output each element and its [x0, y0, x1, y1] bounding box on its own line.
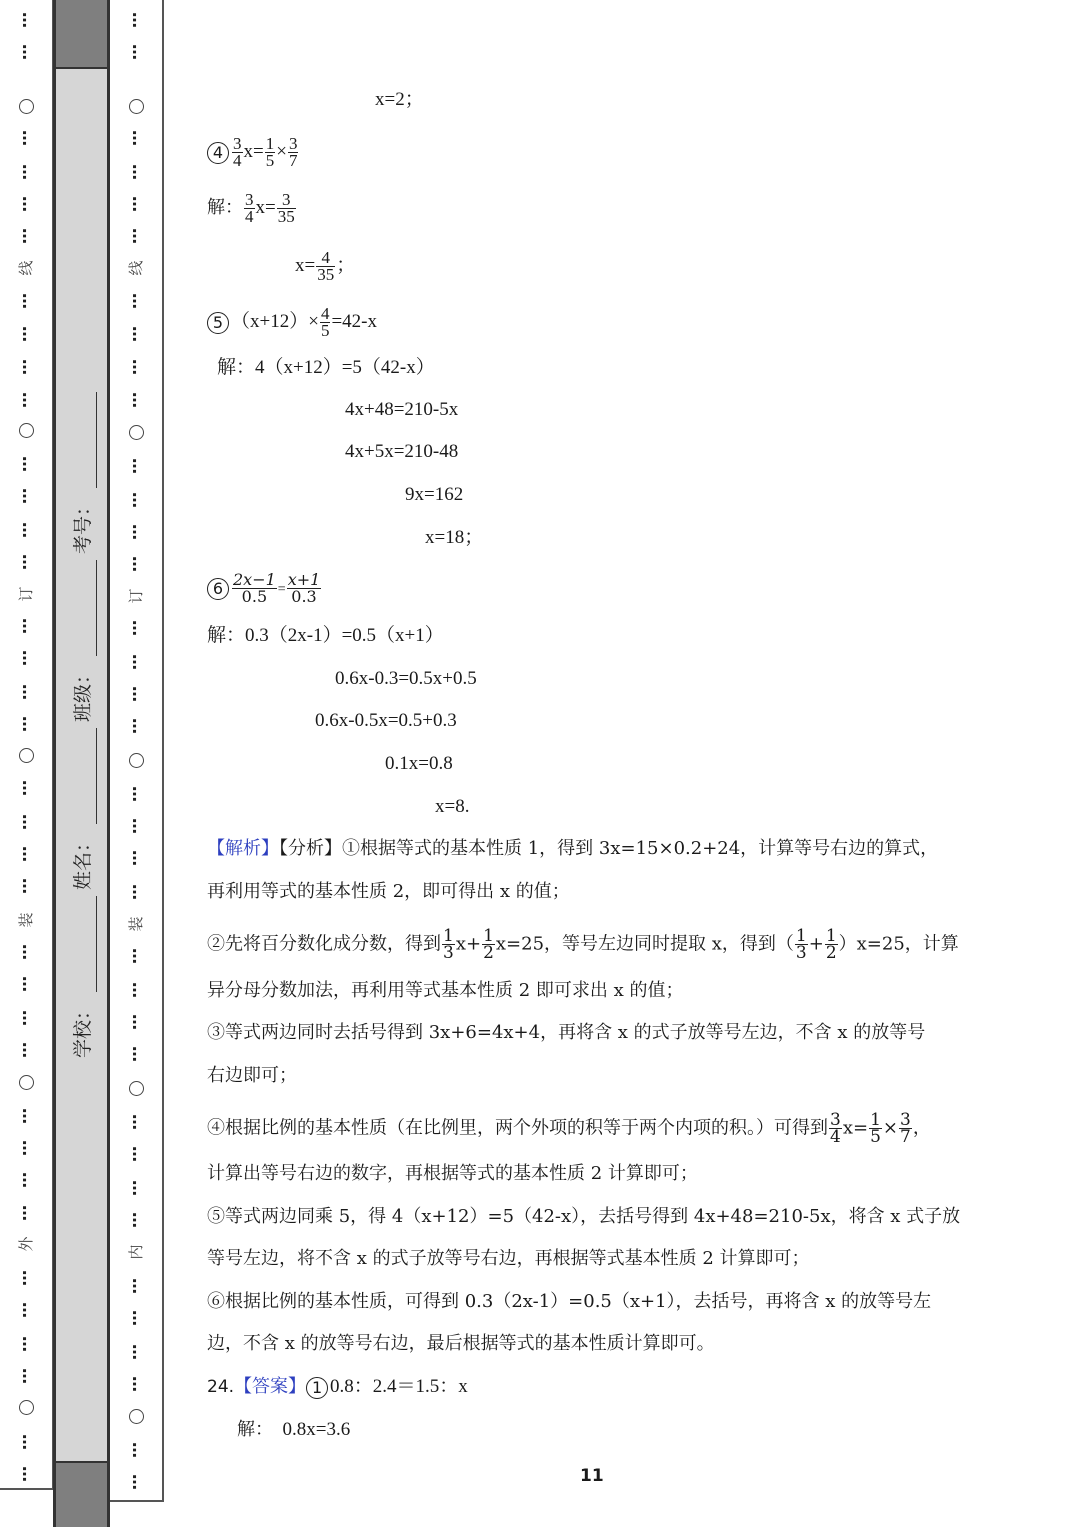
fraction: 435 [316, 250, 335, 283]
q4-equation: 434x=15×37 [207, 136, 299, 169]
fraction: 34 [829, 1112, 842, 1145]
fraction: 2x−10.5 [232, 572, 277, 605]
q24-step: 解： 0.8x=3.6 [237, 1418, 350, 1442]
q6-step: 0.6x-0.5x=0.5+0.3 [315, 709, 457, 733]
circled-number-5: 5 [207, 312, 229, 334]
tag-answer: 【答案】 [234, 1376, 306, 1397]
fraction: 45 [320, 306, 331, 339]
q5-step: 解：4（x+12）=5（42-x） [217, 356, 435, 380]
q24-answer: 24.【答案】10.8：2.4＝1.5：x [207, 1375, 468, 1399]
analysis-p1-line1: 【解析】【分析】①根据等式的基本性质 1，得到 3x=15×0.2+24，计算等… [207, 837, 938, 861]
circled-number-1: 1 [306, 1377, 328, 1399]
ratio: 0.8：2.4＝1.5：x [330, 1376, 468, 1397]
fraction: 37 [288, 136, 299, 169]
circled-number-4: 4 [207, 142, 229, 164]
analysis-p4-line1: ④根据比例的基本性质（在比例里，两个外项的积等于两个内项的积。）可得到34x=1… [207, 1112, 931, 1145]
q4-step1: 解：34x=335 [207, 192, 297, 225]
analysis-p6-line1: ⑥根据比例的基本性质，可得到 0.3（2x-1）=0.5（x+1），去括号，再将… [207, 1290, 931, 1314]
q6-step: x=8. [435, 795, 469, 819]
analysis-p3-line2: 右边即可； [207, 1064, 297, 1088]
question-number: 24. [207, 1377, 234, 1397]
analysis-p3-line1: ③等式两边同时去括号得到 3x+6=4x+4，再将含 x 的式子放等号左边，不含… [207, 1021, 925, 1045]
fraction: 12 [825, 928, 838, 961]
fraction: 15 [869, 1112, 882, 1145]
prev-result: x=2； [375, 88, 424, 112]
fraction: x+10.3 [287, 572, 322, 605]
fraction: 37 [899, 1112, 912, 1145]
analysis-p5-line2: 等号左边，将不含 x 的式子放等号右边，再根据等式基本性质 2 计算即可； [207, 1247, 810, 1271]
q6-step: 解：0.3（2x-1）=0.5（x+1） [207, 624, 444, 648]
q5-step: 9x=162 [405, 483, 463, 507]
document-body: x=2； 434x=15×37 解：34x=335 x=435； 5（x+12）… [0, 0, 1080, 1527]
analysis-p2-line1: ②先将百分数化成分数，得到13x+12x=25，等号左边同时提取 x，得到（13… [207, 928, 959, 961]
analysis-p5-line1: ⑤等式两边同乘 5，得 4（x+12）=5（42-x），去括号得到 4x+48=… [207, 1205, 960, 1229]
q5-step: x=18； [425, 526, 483, 550]
analysis-p4-line2: 计算出等号右边的数字，再根据等式的基本性质 2 计算即可； [207, 1162, 698, 1186]
tag-fenxi: 【分析】 [279, 838, 342, 859]
circled-number-6: 6 [207, 578, 229, 600]
fraction: 34 [232, 136, 243, 169]
tag-jiexi: 【解析】 [207, 838, 279, 859]
fraction: 13 [442, 928, 455, 961]
fraction: 15 [265, 136, 276, 169]
q5-step: 4x+48=210-5x [345, 398, 458, 422]
analysis-p1-line2: 再利用等式的基本性质 2，即可得出 x 的值； [207, 880, 570, 904]
analysis-p2-line2: 异分母分数加法，再利用等式基本性质 2 即可求出 x 的值； [207, 979, 684, 1003]
fraction: 12 [482, 928, 495, 961]
fraction: 13 [795, 928, 808, 961]
q4-step2: x=435； [295, 250, 355, 283]
fraction: 335 [277, 192, 296, 225]
q6-step: 0.1x=0.8 [385, 752, 453, 776]
page-number: 11 [580, 1466, 604, 1486]
q6-step: 0.6x-0.3=0.5x+0.5 [335, 667, 477, 691]
analysis-p6-line2: 边，不含 x 的放等号右边，最后根据等式的基本性质计算即可。 [207, 1332, 715, 1356]
q5-step: 4x+5x=210-48 [345, 440, 458, 464]
q6-equation: 62x−10.5=x+10.3 [207, 572, 322, 605]
q5-equation: 5（x+12）×45=42-x [207, 306, 377, 339]
fraction: 34 [244, 192, 255, 225]
